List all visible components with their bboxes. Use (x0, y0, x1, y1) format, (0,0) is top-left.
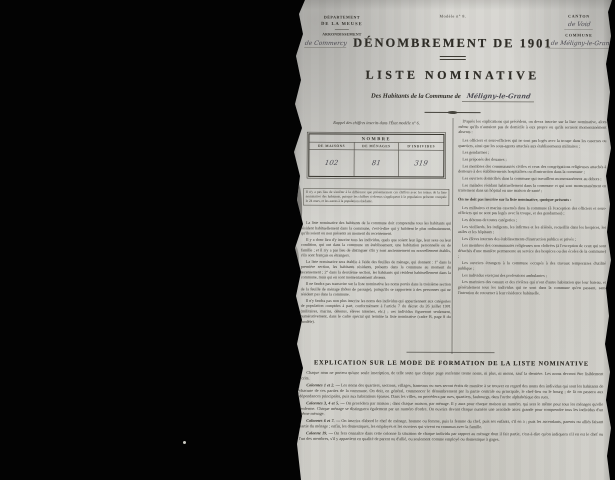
commune-label: COMMUNE (548, 32, 610, 38)
include-intro: D'après les explications qui précèdent, … (458, 119, 606, 136)
recap-col-menages: DE MÉNAGES (354, 143, 399, 150)
explanation-paragraph: Chaque nom ne portera qu'une seule inscr… (299, 370, 603, 382)
include-item: Les ouvriers domiciliés dans la commune … (458, 176, 606, 182)
recap-note: Il n'y a pas lieu de s'arrêter à la diff… (303, 188, 449, 206)
exclude-item: Les détenus de toutes catégories ; (458, 217, 606, 223)
paragraph-text: On fera connaître dans cette colonne la … (299, 431, 603, 442)
recap-caption: Rappel des chiffres inscrits dans l'État… (302, 120, 452, 125)
list-title: LISTE NOMINATIVE (290, 67, 615, 83)
paragraph-text: Chaque nom ne portera qu'une seule inscr… (299, 370, 603, 380)
paper-damage-patch (289, 179, 302, 239)
include-item: Les officiers et sous-officiers qui ne s… (458, 138, 606, 149)
left-column: Rappel des chiffres inscrits dans l'État… (301, 120, 452, 337)
page-content: DÉPARTEMENT DE LA MEUSE ARRONDISSEMENT d… (289, 0, 615, 480)
title-block: Modèle n° 8. DÉNOMBREMENT DE 1901 (350, 14, 556, 61)
arrondissement-handwritten-value: de Commercy (304, 38, 347, 48)
page-title: DÉNOMBREMENT DE 1901 (350, 36, 556, 52)
recap-value-maisons: 102 (324, 159, 339, 167)
paper-damage-patch (290, 245, 299, 275)
paragraph-lead: Colonnes 6 et 7. — (306, 419, 340, 424)
include-item: Les préposés des douanes ; (458, 157, 606, 163)
explanation-paragraph: Colonnes 6 et 7. — On inscrira d'abord l… (299, 419, 603, 431)
paragraph-lead: Colonnes 3, 4 et 5. — (306, 401, 344, 406)
exclude-item: Les mariniers des canaux et des rivières… (458, 280, 606, 297)
instruction-paragraph: La liste nominative des habitants de la … (301, 220, 451, 236)
scanned-page: DÉPARTEMENT DE LA MEUSE ARRONDISSEMENT d… (289, 0, 615, 480)
paragraph-text: On procédera par maison ; dans chaque ma… (299, 401, 603, 416)
recap-note-box: Il n'y a pas lieu de s'arrêter à la diff… (303, 188, 449, 213)
include-item: Les membres des communautés civiles et c… (458, 164, 606, 175)
exclude-item: Les ouvriers étrangers à la commune occu… (458, 261, 606, 272)
paragraph-text: Les noms des quartiers, sections, villag… (299, 383, 603, 399)
commune-handwritten-value: de Méligny-le-Grand (547, 39, 615, 49)
recap-value-individus: 319 (414, 159, 429, 167)
exclude-item: Les individus exerçant des professions a… (458, 273, 606, 279)
explanation-paragraph: Colonne 19. — On fera connaître dans cet… (299, 431, 603, 443)
list-title-block: LISTE NOMINATIVE Des Habitants de la Com… (290, 67, 615, 114)
instruction-paragraph: La liste nominative sera établie à l'aid… (301, 259, 451, 281)
dust-speck (183, 441, 186, 444)
explanation-paragraph: Colonnes 3, 4 et 5. — On procédera par m… (299, 401, 603, 419)
recap-col-maisons: DE MAISONS (309, 142, 354, 149)
printer-mark (295, 357, 299, 393)
include-item: Les malades résidant habituellement dans… (458, 183, 606, 194)
flourish-divider (425, 110, 481, 114)
column-divider (452, 118, 454, 354)
explanation-paragraph: Colonnes 1 et 2. — Les noms des quartier… (299, 383, 603, 401)
list-subtitle: Des Habitants de la Commune de (371, 93, 461, 100)
paragraph-lead: Colonne 19. — (306, 431, 333, 436)
left-column-text: La liste nominative des habitants de la … (301, 220, 452, 337)
canton-handwritten-value: de Void (564, 20, 594, 30)
recap-value-menages: 81 (371, 159, 381, 167)
model-number: Modèle n° 8. (350, 14, 556, 19)
paragraph-lead: Colonnes 1 et 2. — (306, 383, 339, 388)
canton-label: CANTON (548, 13, 610, 19)
instruction-paragraph: Il y a donc lieu d'y inscrire tous les i… (301, 237, 451, 259)
exclude-item: Les élèves internes des établissements d… (458, 236, 606, 242)
exclude-item: Les vieillards, les indigents, les infir… (458, 224, 606, 235)
recap-col-individus: D'INDIVIDUS (399, 143, 443, 150)
exclude-heading: On ne doit pas inscrire sur la liste nom… (458, 197, 606, 203)
include-item: Les gendarmes ; (458, 150, 606, 156)
paragraph-text: On inscrira d'abord le chef de ménage, h… (299, 419, 603, 430)
title-underline (440, 56, 466, 60)
exclude-item: Les membres des communautés religieuses … (458, 243, 606, 260)
divider (335, 29, 349, 30)
instruction-paragraph: Il n'y faudra pas non plus inscrire les … (301, 298, 451, 325)
recap-table: NOMBRE DE MAISONS DE MÉNAGES D'INDIVIDUS… (308, 133, 444, 183)
explanation-section: EXPLICATION SUR LE MODE DE FORMATION DE … (299, 359, 604, 480)
explanation-heading: EXPLICATION SUR LE MODE DE FORMATION DE … (299, 359, 603, 367)
instruction-paragraph: Il ne faudra pas transcrire sur la liste… (301, 281, 451, 297)
section-divider (407, 352, 495, 353)
scan-viewer-background: DÉPARTEMENT DE LA MEUSE ARRONDISSEMENT d… (0, 0, 615, 480)
subtitle-commune-handwritten: Méligny-le-Grand (462, 92, 535, 102)
exclude-item: Les militaires et marins casernés dans l… (458, 205, 606, 216)
